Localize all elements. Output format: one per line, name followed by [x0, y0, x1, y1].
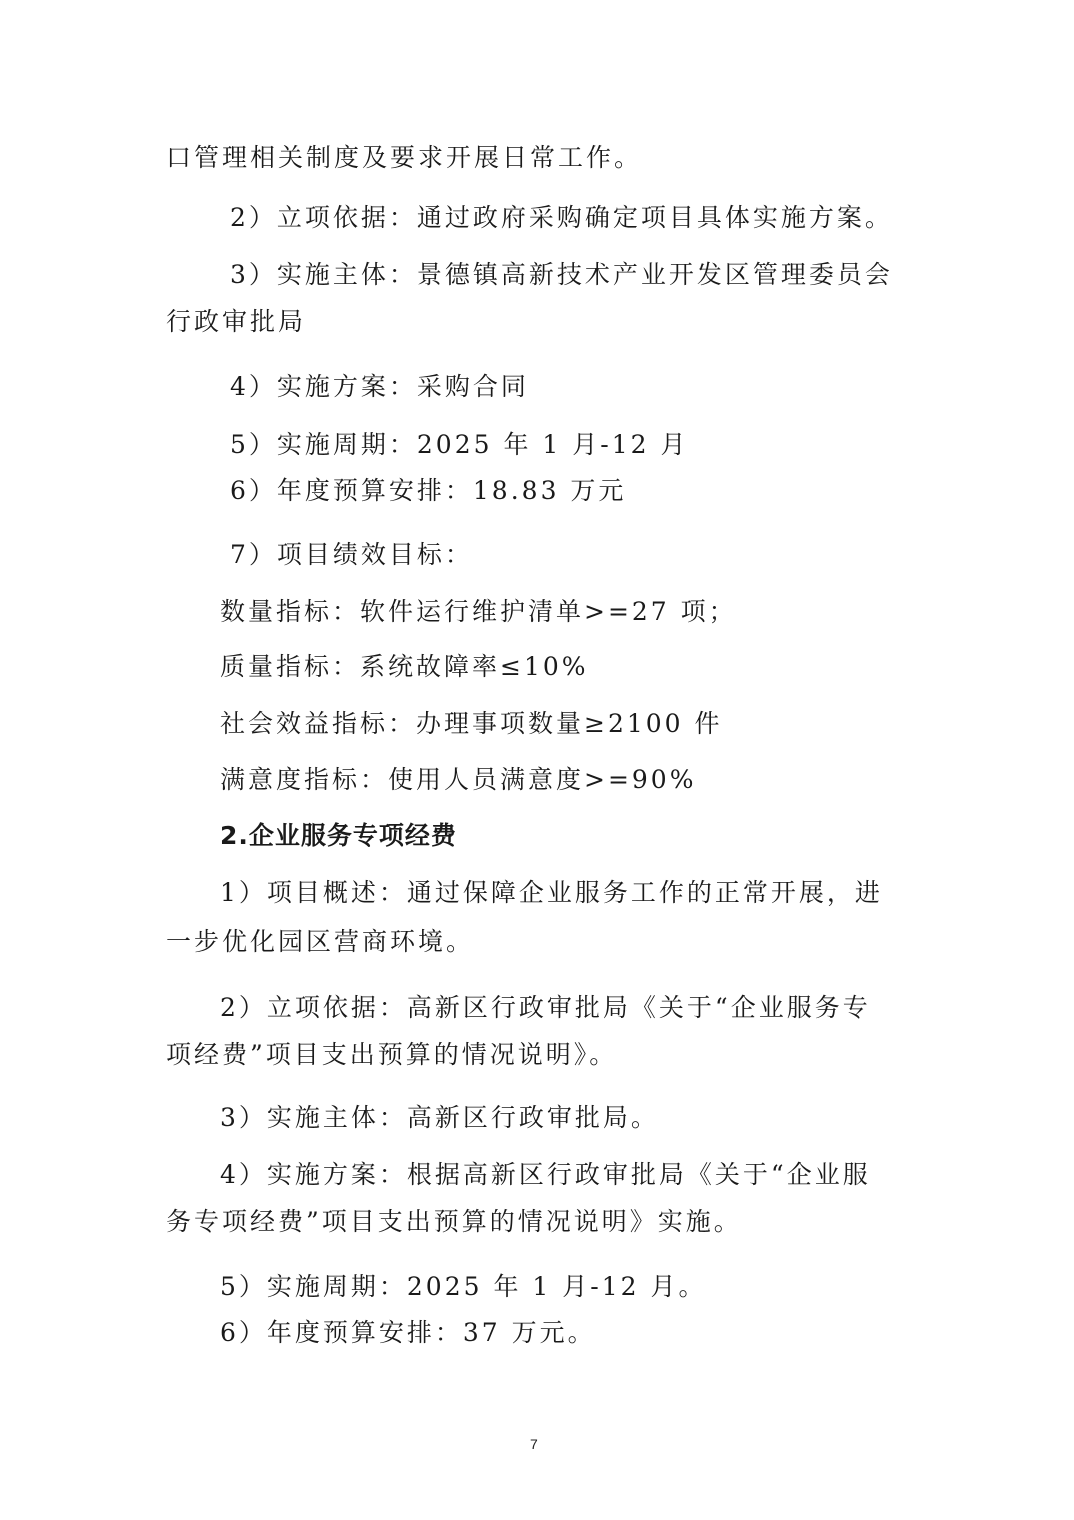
paragraph-line: 1）项目概述：通过保障企业服务工作的正常开展，进 — [220, 878, 883, 908]
paragraph-line: 务专项经费”项目支出预算的情况说明》实施。 — [166, 1207, 742, 1237]
paragraph-line: 3）实施主体：景德镇高新技术产业开发区管理委员会 — [230, 260, 893, 290]
indicator-line: 数量指标：软件运行维护清单>=27 项； — [220, 597, 737, 627]
indicator-line: 社会效益指标：办理事项数量≥2100 件 — [220, 709, 723, 739]
paragraph-line: 3）实施主体：高新区行政审批局。 — [220, 1103, 659, 1133]
paragraph-line: 6）年度预算安排：18.83 万元 — [230, 476, 626, 506]
paragraph-line: 行政审批局 — [166, 307, 306, 337]
page-number: 7 — [530, 1436, 538, 1452]
paragraph-line: 项经费”项目支出预算的情况说明》。 — [166, 1040, 617, 1070]
indicator-line: 质量指标：系统故障率≤10% — [220, 652, 589, 682]
paragraph-line: 2）立项依据：高新区行政审批局《关于“企业服务专 — [220, 993, 871, 1023]
paragraph-line: 口管理相关制度及要求开展日常工作。 — [166, 143, 642, 173]
paragraph-line: 4）实施方案：根据高新区行政审批局《关于“企业服 — [220, 1160, 871, 1190]
paragraph-line: 6）年度预算安排：37 万元。 — [220, 1318, 596, 1348]
paragraph-line: 5）实施周期：2025 年 1 月-12 月 — [230, 430, 688, 460]
paragraph-line: 2）立项依据：通过政府采购确定项目具体实施方案。 — [230, 203, 893, 233]
paragraph-line: 一步优化园区营商环境。 — [166, 927, 474, 957]
indicator-line: 满意度指标：使用人员满意度>=90% — [220, 765, 696, 795]
paragraph-line: 5）实施周期：2025 年 1 月-12 月。 — [220, 1272, 706, 1302]
section-heading: 2.企业服务专项经费 — [220, 821, 457, 851]
paragraph-line: 7）项目绩效目标： — [230, 540, 473, 570]
paragraph-line: 4）实施方案：采购合同 — [230, 372, 529, 402]
